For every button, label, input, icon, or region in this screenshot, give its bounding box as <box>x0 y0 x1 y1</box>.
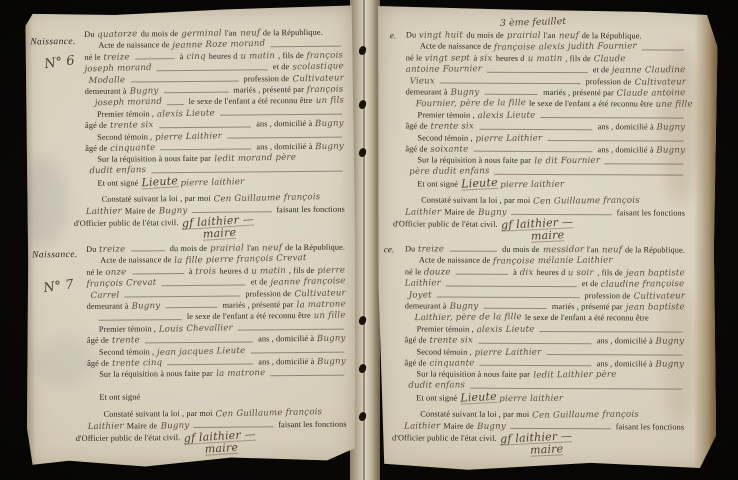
act-line: Et ont signéLieutepierre laithier <box>405 177 685 190</box>
birth-act-laithier: Dutreizedu mois demessidorl'anneufde la … <box>404 243 685 455</box>
printed-text: âgé de <box>405 335 427 347</box>
printed-text: Acte de naissance de <box>98 40 169 52</box>
handwritten-text: françoise alexis judith Fournier <box>494 42 637 55</box>
signature-text: maire <box>204 441 238 455</box>
printed-text: , fils de <box>289 265 315 277</box>
stitch-hole <box>358 147 366 157</box>
left-page: Naissance. N° 6 Naissance. N° 7 Duquator… <box>22 5 357 470</box>
printed-text: âgé de <box>405 143 427 155</box>
act-line: maire <box>88 441 347 455</box>
printed-text: profession de <box>585 290 631 302</box>
page-edge <box>22 7 36 469</box>
fill-dash <box>236 321 346 333</box>
printed-text: l'an <box>225 28 237 40</box>
fill-dash <box>165 96 186 108</box>
stitch-hole <box>358 315 366 325</box>
fill-dash <box>225 129 344 141</box>
handwritten-text: prairial <box>507 31 541 43</box>
fill-dash <box>129 243 167 255</box>
act-line: âgé detrente sixans , domicilié àBugny <box>405 121 685 134</box>
fill-dash <box>438 75 583 87</box>
printed-text: à <box>189 266 193 277</box>
handwritten-text: françoise mélanie Laithier <box>493 256 613 269</box>
right-page: 3 ème feuillet e. ce. Duvingt huitdu moi… <box>376 3 719 472</box>
handwritten-text: jeanne françoise <box>270 276 345 289</box>
printed-text: Constaté suivant la loi , par moi <box>103 408 212 420</box>
printed-text: né le <box>86 267 103 279</box>
fill-dash <box>603 156 686 168</box>
handwritten-text: cinquante <box>110 143 155 155</box>
handwritten-text: neuf <box>559 31 579 43</box>
fill-dash <box>268 367 346 379</box>
handwritten-text: pierre laithier <box>500 394 564 406</box>
act-line: âgé detrente sixans , domicilié àBugny <box>405 335 685 348</box>
handwritten-text: Joyet <box>409 290 432 302</box>
fill-dash <box>161 85 230 97</box>
act-line: Vieuxprofession deCultivateur <box>406 75 686 88</box>
printed-text: faisant les fonctions <box>617 207 686 219</box>
fill-dash <box>539 110 686 122</box>
handwritten-text: joseph morand <box>95 97 163 110</box>
printed-text: Acte de naissance de <box>420 41 491 53</box>
scanned-register-spread: Naissance. N° 6 Naissance. N° 7 Duquator… <box>0 0 738 480</box>
ink-bleedthrough-smudge <box>17 157 68 247</box>
printed-text: faisant les fonctions <box>616 421 685 433</box>
printed-text: ans , domicilié à <box>256 118 312 130</box>
fill-dash <box>143 334 255 346</box>
fill-dash <box>538 324 685 336</box>
fill-dash <box>478 358 594 370</box>
printed-text: ans , domicilié à <box>598 144 654 156</box>
printed-text: mariés , présenté par <box>552 301 623 313</box>
printed-text: à <box>473 52 477 63</box>
signature-text: maire <box>530 443 564 457</box>
handwritten-text: treize <box>99 244 125 256</box>
printed-text: et de <box>251 276 268 288</box>
fill-dash <box>476 335 594 347</box>
printed-text: Et ont signé <box>417 179 458 191</box>
printed-text: Du <box>86 244 96 255</box>
signature-text: Lieute <box>461 177 498 191</box>
printed-text: heures d <box>496 53 525 65</box>
fill-dash <box>435 289 582 301</box>
fill-dash <box>159 277 248 289</box>
handwritten-text: Laithier <box>405 207 441 219</box>
gutter-fold-line <box>363 0 365 480</box>
handwritten-text: trente cinq <box>112 358 163 371</box>
fill-dash <box>444 278 579 290</box>
handwritten-text: trente six <box>430 335 474 347</box>
printed-text: mariés , présenté par <box>543 87 614 99</box>
printed-text: Maire de <box>443 420 474 432</box>
handwritten-text: onze <box>106 267 127 279</box>
handwritten-text: trente <box>112 335 140 347</box>
act-line: père dudit enfans <box>405 166 685 179</box>
handwritten-text: jeanne Claudine <box>612 65 686 77</box>
handwritten-text: treize <box>104 52 130 64</box>
birth-act-fournier: Duvingt huitdu mois deprairiall'anneufde… <box>405 29 686 241</box>
act-line: maire <box>86 226 345 240</box>
printed-text: âgé de <box>85 120 107 132</box>
signature-text: Lieute <box>141 175 178 190</box>
printed-text: profession de <box>585 76 631 88</box>
printed-text: Acte de naissance de <box>100 255 171 267</box>
printed-text: Sur la réquisition à nous faite par <box>416 369 530 381</box>
printed-text: Premier témoin , <box>418 109 475 121</box>
fill-dash <box>156 119 253 131</box>
printed-text: Du <box>84 29 94 40</box>
printed-text: et de <box>593 64 609 75</box>
fill-dash <box>155 61 270 73</box>
signature-text: Lieute <box>460 391 497 405</box>
printed-text: Maire de <box>125 205 156 217</box>
fill-dash <box>218 106 344 118</box>
printed-text: Second témoin , <box>416 346 471 358</box>
fill-dash <box>640 42 686 54</box>
printed-text: âgé de <box>87 358 109 370</box>
printed-text: de la République. <box>263 27 323 39</box>
printed-text: demeurant à <box>405 300 447 312</box>
handwritten-text: Bugny <box>478 207 507 219</box>
handwritten-text: cinquante <box>429 358 474 370</box>
birth-act-6: Duquatorzedu mois degerminall'anneufde l… <box>84 27 345 240</box>
fill-dash <box>97 311 184 323</box>
printed-text: ans , domicilié à <box>258 356 314 368</box>
printed-text: heures d <box>209 50 238 62</box>
printed-text: du mois de <box>170 243 208 255</box>
handwritten-text: u matin <box>251 266 286 278</box>
handwritten-text: Carrel <box>90 290 119 302</box>
printed-text: Constaté suivant la loi , par moi <box>102 193 211 205</box>
fill-dash <box>249 344 346 356</box>
handwritten-text: Bugny <box>450 87 479 99</box>
handwritten-text: quatorze <box>97 29 137 41</box>
printed-text: du mois de <box>502 244 539 256</box>
printed-text: et de <box>582 278 598 289</box>
printed-text: Constaté suivant la loi , par moi <box>421 195 530 207</box>
stitch-hole <box>358 99 366 109</box>
handwritten-text: jean baptiste <box>626 302 685 314</box>
fill-dash <box>165 356 255 368</box>
fill-dash <box>482 87 540 99</box>
act-line: demeurant àBugnymariés , présenté parla … <box>87 299 346 313</box>
handwritten-text: trente six <box>430 121 474 133</box>
fill-dash <box>493 166 686 178</box>
signature-text: maire <box>202 226 236 240</box>
fill-dash <box>477 121 595 133</box>
handwritten-text: Bugny <box>477 421 506 433</box>
printed-text: ans , domicilié à <box>597 335 653 347</box>
handwritten-text: claudine françoise <box>601 279 685 291</box>
handwritten-text: Cultivateur <box>292 73 344 86</box>
fill-dash <box>158 141 253 153</box>
printed-text: âgé de <box>404 357 426 369</box>
printed-text: ans , domicilié à <box>597 358 653 370</box>
act-number: N° 6 <box>44 53 76 72</box>
margin-label-naissance: Naissance. <box>32 250 78 260</box>
printed-text: Du <box>405 243 415 254</box>
printed-text: à <box>180 51 184 62</box>
margin-fragment: e. <box>390 30 396 40</box>
handwritten-text: Modalle <box>89 75 126 87</box>
fill-dash <box>471 144 594 156</box>
act-line: Joyetprofession deCultivateur <box>405 289 685 302</box>
printed-text: à <box>513 267 517 278</box>
printed-text: , fils de <box>278 50 304 62</box>
printed-text: l'an <box>544 30 556 41</box>
handwritten-text: Laithier <box>86 206 122 218</box>
printed-text: Constaté suivant la loi , par moi <box>420 409 529 421</box>
printed-text: Maire de <box>444 206 475 218</box>
printed-text: Premier témoin , <box>97 108 154 120</box>
handwritten-text: Cultivateur <box>634 77 686 89</box>
handwritten-text: pierre laithier <box>181 177 245 190</box>
act-line: Duvingt huitdu mois deprairiall'anneufde… <box>406 29 686 42</box>
printed-text: Et ont signé <box>99 392 140 404</box>
printed-text: l'an <box>587 244 599 255</box>
act-line: né levingt septàsixheures du matin, fils… <box>406 52 686 65</box>
page-edge <box>693 5 719 473</box>
handwritten-text: Bugny <box>315 141 344 153</box>
printed-text: né le <box>405 266 421 277</box>
handwritten-text: Laithier <box>404 421 440 433</box>
printed-text: le sexe de l'enfant a été reconnu être <box>529 98 653 110</box>
handwritten-text: Vieux <box>410 76 435 88</box>
printed-text: faisant les fonctions <box>278 418 347 430</box>
fill-dash <box>128 73 240 85</box>
folio-note: 3 ème feuillet <box>500 16 566 29</box>
printed-text: âgé de <box>85 143 107 155</box>
fill-dash <box>133 51 177 63</box>
printed-text: du mois de <box>141 28 179 40</box>
printed-text: ans , domicilié à <box>256 141 312 153</box>
handwritten-text: Fournier, père de la fille <box>416 98 527 110</box>
margin-label-naissance: Naissance. <box>30 37 76 47</box>
printed-text: Second témoin , <box>97 131 152 143</box>
handwritten-text: Claude <box>594 54 626 66</box>
handwritten-text: Laithier, père de la fille <box>415 312 522 324</box>
printed-text: du mois de <box>466 30 503 42</box>
act-line: maire <box>405 229 685 242</box>
stitch-hole <box>358 45 366 55</box>
printed-text: Maire de <box>127 420 158 432</box>
handwritten-text: vingt sept <box>425 53 470 65</box>
printed-text: Sur la réquisition à nous faite par <box>417 155 531 167</box>
fill-dash <box>149 163 344 176</box>
fill-dash <box>454 266 510 278</box>
fill-dash <box>269 38 344 50</box>
fill-dash <box>447 244 499 256</box>
signature-text: maire <box>531 229 565 243</box>
printed-text: né le <box>84 52 101 64</box>
stitch-hole <box>358 411 366 421</box>
handwritten-text: Bugny <box>450 301 479 313</box>
printed-text: né le <box>406 52 422 63</box>
fill-dash <box>546 133 686 145</box>
act-line: âgé decinquanteans , domicilié àBugny <box>404 357 684 370</box>
printed-text: , fils de <box>565 53 591 65</box>
printed-text: l'an <box>247 242 259 254</box>
printed-text: profession de <box>243 73 289 85</box>
printed-text: , fils de <box>597 267 623 279</box>
handwritten-text: scolastique <box>292 61 343 74</box>
handwritten-text: Cultivateur <box>633 291 685 303</box>
printed-text: profession de <box>245 288 291 300</box>
printed-text: faisant les fonctions <box>276 204 345 216</box>
act-line: Dutreizedu mois demessidorl'anneufde la … <box>405 243 685 256</box>
printed-text: Premier témoin , <box>99 323 156 335</box>
act-line: Et ont signé <box>87 390 346 404</box>
printed-text: de la République. <box>285 242 345 254</box>
printed-text: âgé de <box>405 121 427 133</box>
act-number: N° 7 <box>43 277 75 296</box>
printed-text: de la République. <box>582 30 642 42</box>
fill-dash <box>122 288 242 300</box>
printed-text: mariés , présenté par <box>223 299 294 311</box>
act-line: dudit enfans <box>404 380 684 393</box>
handwritten-text: Claude antoine <box>617 88 686 100</box>
act-line: âgé desoixanteans , domicilié àBugny <box>405 143 685 156</box>
birth-act-7: Dutreizedu mois deprairiall'anneufde la … <box>86 242 347 455</box>
fill-dash <box>163 300 219 312</box>
printed-text: heures d <box>537 267 566 279</box>
handwritten-text: dudit enfans <box>408 380 465 392</box>
printed-text: ans , domicilié à <box>258 333 314 345</box>
printed-text: ans , domicilié à <box>598 121 654 133</box>
printed-text: Et ont signé <box>97 178 138 190</box>
handwritten-text: soixante <box>430 144 468 156</box>
act-line: Et ont signéLieutepierre laithier <box>404 391 684 404</box>
printed-text: Acte de naissance de <box>419 255 490 267</box>
handwritten-text: la matrone <box>216 368 265 381</box>
handwritten-text: Bugny <box>656 359 685 371</box>
printed-text: Et ont signé <box>416 393 457 405</box>
printed-text: Second témoin , <box>417 132 472 144</box>
printed-text: Premier témoin , <box>417 323 474 335</box>
printed-text: de la République. <box>625 244 685 256</box>
handwritten-text: treize <box>418 244 444 256</box>
handwritten-text: pierre laithier <box>501 180 565 192</box>
printed-text: Second témoin , <box>99 346 154 358</box>
act-line: dudit enfans <box>85 163 344 177</box>
fill-dash <box>545 347 685 359</box>
handwritten-text: trente six <box>110 120 154 132</box>
printed-text: Du <box>406 29 416 40</box>
fill-dash <box>130 266 186 278</box>
handwritten-text: vingt huit <box>419 30 463 42</box>
fill-dash <box>468 380 684 392</box>
printed-text: et de <box>273 61 290 73</box>
stitch-hole <box>358 363 366 373</box>
handwritten-text: Laithier <box>88 421 124 433</box>
printed-text: âgé de <box>87 335 109 347</box>
act-line: maire <box>404 443 684 456</box>
printed-text: heures d <box>219 265 248 277</box>
fill-dash <box>481 301 549 313</box>
margin-fragment: ce. <box>384 244 394 254</box>
handwritten-text: dudit enfans <box>89 165 146 178</box>
printed-text: demeurant à <box>406 86 448 98</box>
fill-dash <box>485 64 590 76</box>
